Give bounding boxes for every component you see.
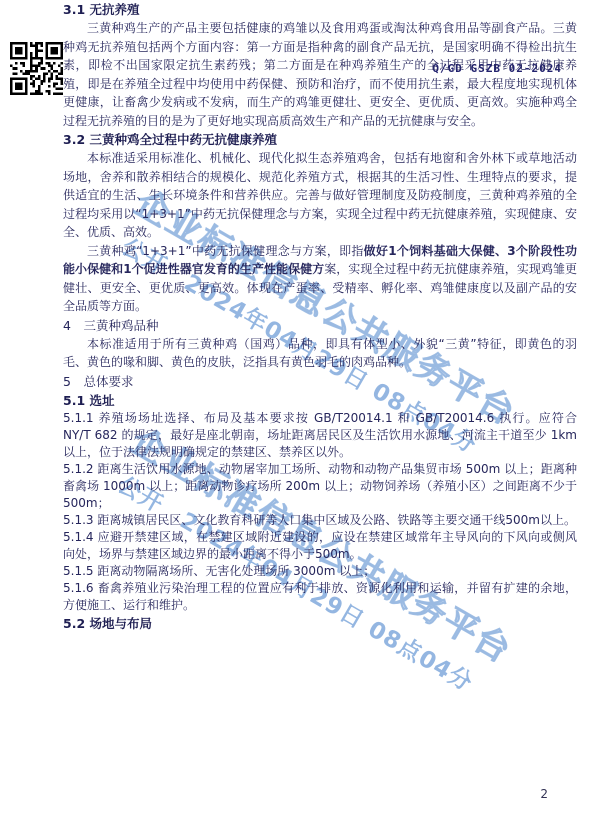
heading-3-1: 3.1 无抗养殖 (63, 0, 577, 19)
heading-5-1: 5.1 选址 (63, 391, 577, 410)
page-content: 3.1 无抗养殖 三黄种鸡生产的产品主要包括健康的鸡雏以及食用鸡蛋或淘汰种鸡食用… (63, 0, 577, 633)
heading-5: 5 总体要求 (63, 372, 577, 391)
heading-5-2: 5.2 场地与布局 (63, 614, 577, 633)
paragraph-3-2-b: 三黄种鸡“1+3+1”中药无抗保健理念与方案，即指做好1个饲料基础大保健、3个阶… (63, 242, 577, 316)
qr-code (10, 42, 63, 95)
heading-3-2: 3.2 三黄种鸡全过程中药无抗健康养殖 (63, 130, 577, 149)
clause-5-1-1: 5.1.1 养殖场场址选择、布局及基本要求按 GB/T20014.1 和 GB/… (63, 410, 577, 461)
paragraph-3-2-a: 本标准适采用标准化、机械化、现代化拟生态养殖鸡舍，包括有地窗和舍外林下或草地活动… (63, 149, 577, 242)
page-number: 2 (540, 787, 548, 801)
clause-5-1-3: 5.1.3 距离城镇居民区、文化教育科研等人口集中区域及公路、铁路等主要交通干线… (63, 512, 577, 529)
document-page: Q/GD GSZB 02-2024 企业标准信息公共服务平台 公开 2024年0… (0, 0, 610, 815)
clause-5-1-4: 5.1.4 应避开禁建区域，在禁建区域附近建设的，应设在禁建区域常年主导风向的下… (63, 529, 577, 563)
clause-5-1-6: 5.1.6 畜禽养殖业污染治理工程的位置应有利于排放、资源化利用和运输，并留有扩… (63, 580, 577, 614)
paragraph-3-2-b-pre: 三黄种鸡“1+3+1”中药无抗保健理念与方案，即指 (87, 244, 364, 258)
paragraph-4: 本标准适用于所有三黄种鸡（国鸡）品种，即具有体型小、外貌“三黄”特征，即黄色的羽… (63, 335, 577, 372)
clause-5-1-2: 5.1.2 距离生活饮用水源地、动物屠宰加工场所、动物和动物产品集贸市场 500… (63, 461, 577, 512)
heading-4: 4 三黄种鸡品种 (63, 316, 577, 335)
paragraph-3-1: 三黄种鸡生产的产品主要包括健康的鸡雏以及食用鸡蛋或淘汰种鸡食用品等副食产品。三黄… (63, 19, 577, 130)
clause-5-1-5: 5.1.5 距离动物隔离场所、无害化处理场所 3000m 以上； (63, 563, 577, 580)
